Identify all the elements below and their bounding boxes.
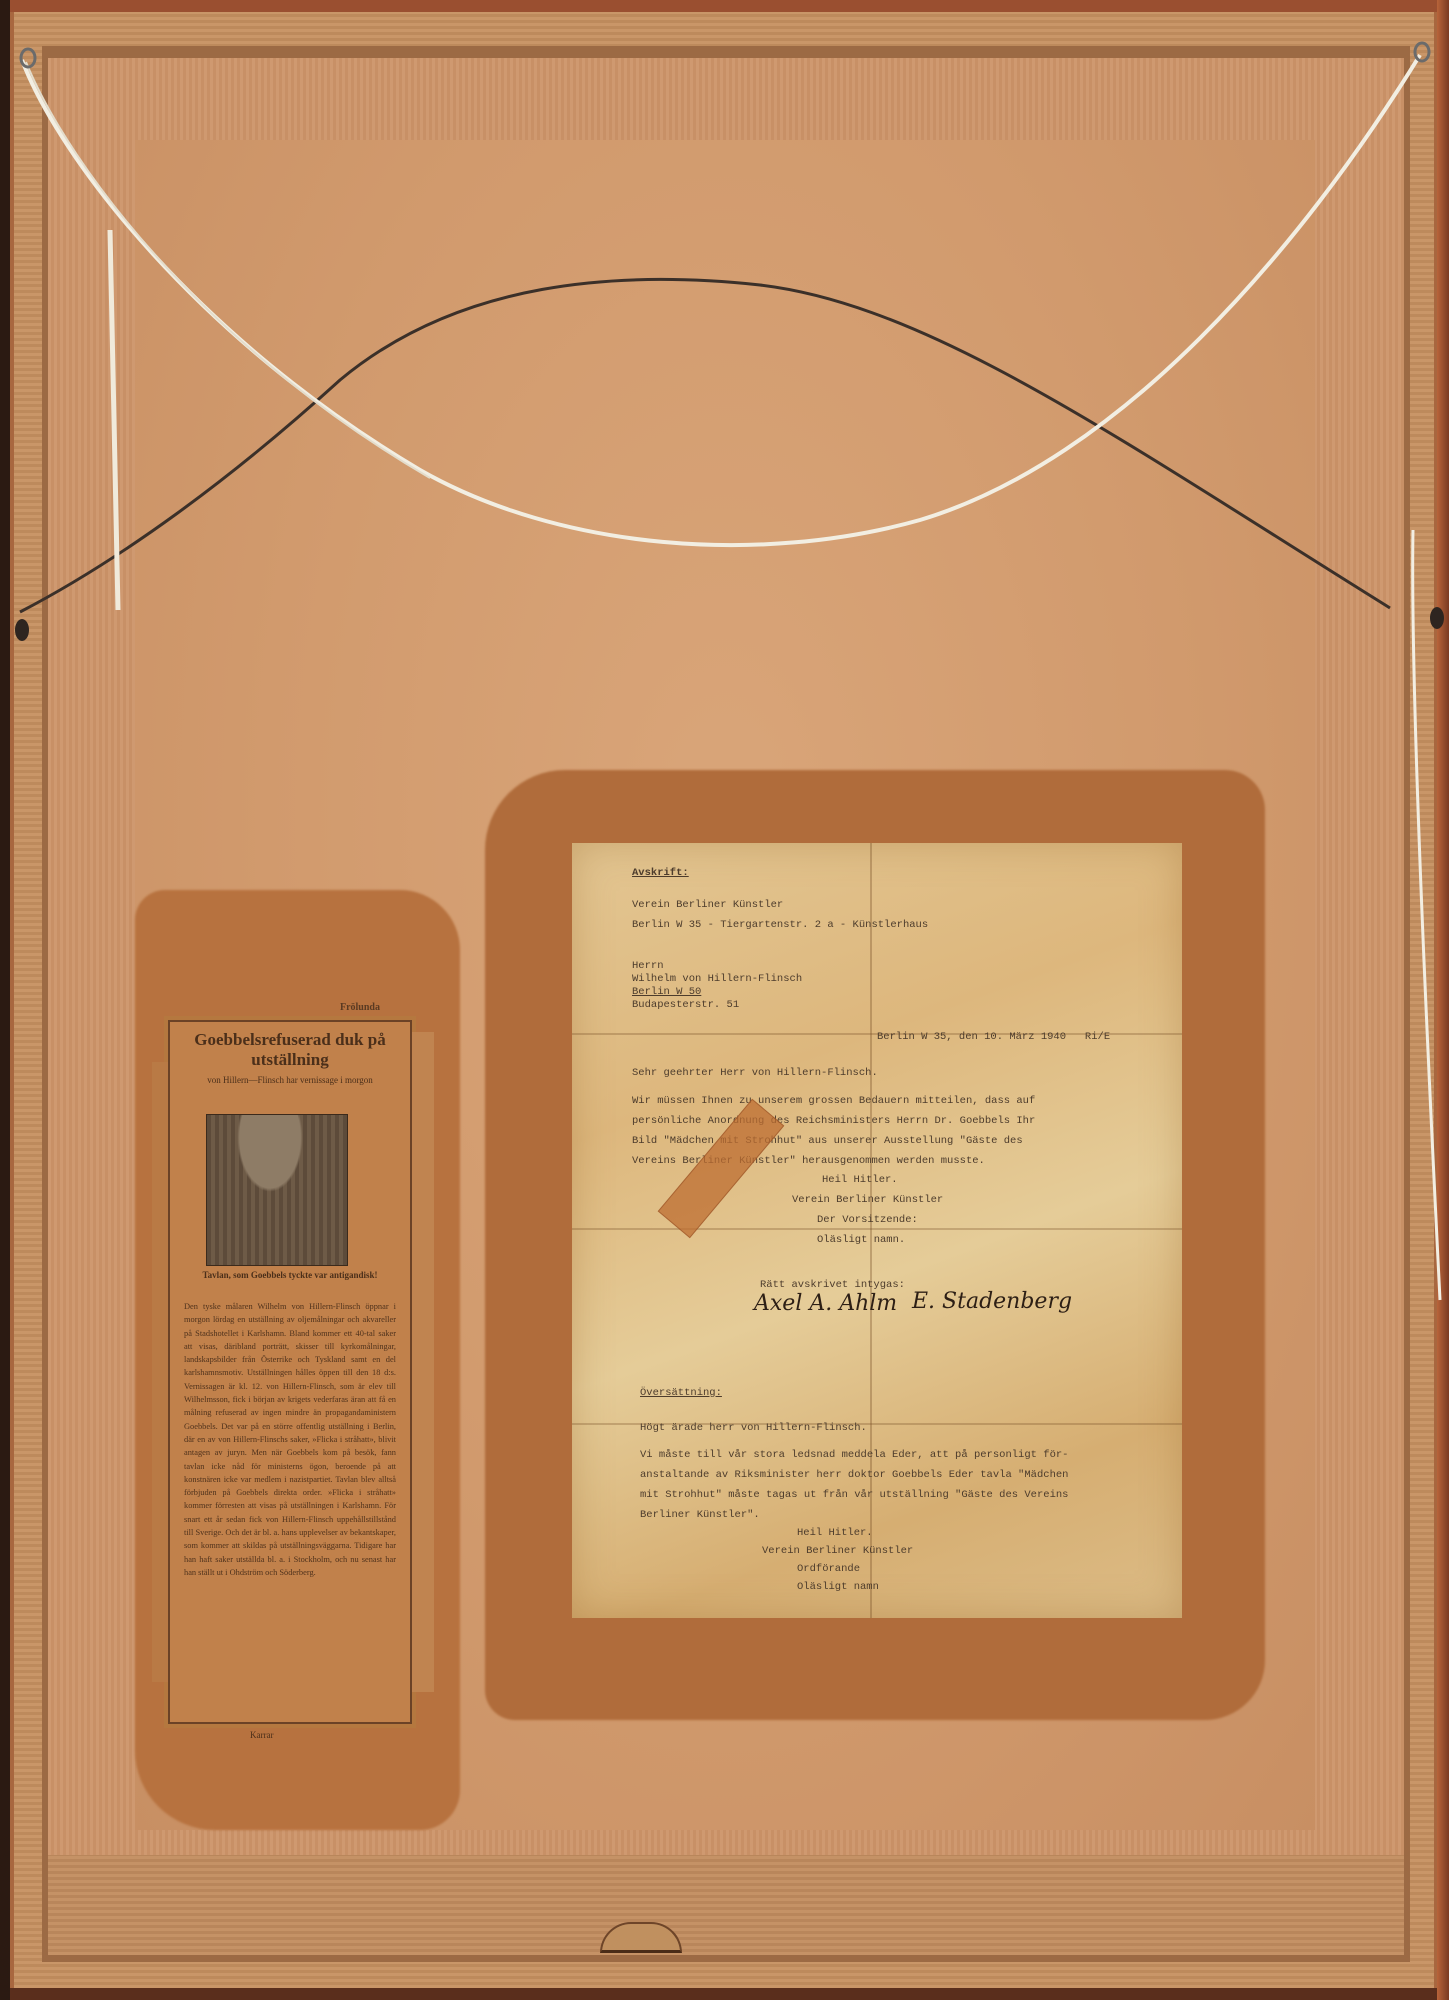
letter-body-line: Vereins Berliner Künstler" herausgenomme… bbox=[632, 1151, 985, 1171]
frame-edge-top bbox=[0, 0, 1449, 12]
letter-recipient-line: Berlin W 50 bbox=[632, 986, 701, 999]
translation-salutation: Högt ärade herr von Hillern-Flinsch. bbox=[640, 1418, 867, 1438]
clipping-subhead: von Hillern—Flinsch har vernissage i mor… bbox=[190, 1074, 390, 1086]
letter-closing-line: Verein Berliner Künstler bbox=[792, 1190, 943, 1210]
translation-closing-line: Verein Berliner Künstler bbox=[762, 1541, 913, 1561]
newspaper-clipping: Frölunda Goebbelsrefuserad duk på utstäl… bbox=[168, 1020, 412, 1724]
translation-line: Berliner Künstler". bbox=[640, 1505, 760, 1525]
frame-edge-bottom bbox=[0, 1988, 1449, 2000]
frame-edge-right bbox=[1437, 0, 1449, 2000]
typed-letter: Avskrift: Verein Berliner Künstler Berli… bbox=[572, 843, 1182, 1618]
translation-line: mit Strohhut" måste tagas ut från vår ut… bbox=[640, 1485, 1068, 1505]
translation-line: Vi måste till vår stora ledsnad meddela … bbox=[640, 1445, 1068, 1465]
letter-heading: Avskrift: bbox=[632, 863, 689, 883]
clipping-adjacent-column-right bbox=[411, 1032, 434, 1692]
bottom-tape-strip bbox=[48, 1855, 1404, 1955]
letter-sender-name: Verein Berliner Künstler bbox=[632, 895, 783, 915]
clipping-footer: Karrar bbox=[250, 1730, 273, 1740]
letter-sender-address: Berlin W 35 - Tiergartenstr. 2 a - Künst… bbox=[632, 915, 928, 935]
letter-body-line: persönliche Anordnung des Reichsminister… bbox=[632, 1111, 1035, 1131]
letter-salutation: Sehr geehrter Herr von Hillern-Flinsch. bbox=[632, 1063, 878, 1083]
clipping-caption: Tavlan, som Goebbels tyckte var antigand… bbox=[190, 1270, 390, 1281]
signature-2: E. Stadenberg bbox=[912, 1289, 1072, 1314]
letter-closing-line: Heil Hitler. bbox=[822, 1170, 898, 1190]
letter-body-line: Bild "Mädchen mit Strohhut" aus unserer … bbox=[632, 1131, 1023, 1151]
translation-closing-line: Oläsligt namn bbox=[797, 1577, 879, 1597]
letter-recipient-line: Budapesterstr. 51 bbox=[632, 999, 739, 1012]
clipping-photo-painting bbox=[206, 1114, 348, 1266]
picture-frame: Frölunda Goebbelsrefuserad duk på utstäl… bbox=[0, 0, 1449, 2000]
letter-dateline: Berlin W 35, den 10. März 1940 Ri/E bbox=[877, 1027, 1110, 1047]
translation-line: anstaltande av Riksminister herr doktor … bbox=[640, 1465, 1068, 1485]
frame-edge-left bbox=[0, 0, 10, 2000]
clipping-body: Den tyske målaren Wilhelm von Hillern-Fl… bbox=[184, 1300, 396, 1579]
translation-closing-line: Heil Hitler. bbox=[797, 1523, 873, 1543]
clipping-headline: Goebbelsrefuserad duk på utställning bbox=[184, 1030, 396, 1070]
letter-body-line: Wir müssen Ihnen zu unserem grossen Beda… bbox=[632, 1091, 1035, 1111]
translation-closing-line: Ordförande bbox=[797, 1559, 860, 1579]
clipping-adjacent-column-left bbox=[152, 1062, 169, 1682]
signature-1: Axel A. Ahlm bbox=[754, 1291, 897, 1316]
translation-heading: Översättning: bbox=[640, 1383, 722, 1403]
letter-closing-line: Der Vorsitzende: bbox=[817, 1210, 918, 1230]
clipping-kicker: Frölunda bbox=[340, 1002, 380, 1013]
letter-recipient-line: Herrn bbox=[632, 960, 664, 973]
letter-closing-line: Oläsligt namn. bbox=[817, 1230, 905, 1250]
letter-recipient-line: Wilhelm von Hillern-Flinsch bbox=[632, 973, 802, 986]
